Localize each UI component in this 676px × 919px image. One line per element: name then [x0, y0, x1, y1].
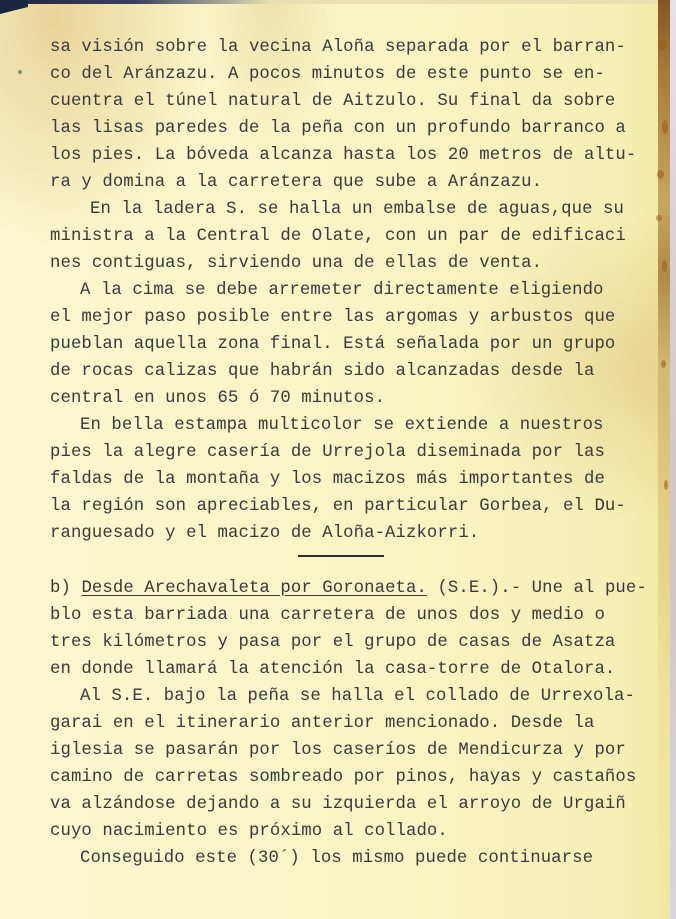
text-line: de rocas calizas que habrán sido alcanza…	[50, 358, 650, 385]
paragraph-7: Conseguido este (30´) los mismo puede co…	[50, 845, 650, 872]
text-line: cuyo nacimiento es próximo al collado.	[50, 818, 650, 845]
text-line: Al S.E. bajo la peña se halla el collado…	[50, 683, 650, 710]
section-label: b)	[50, 579, 71, 598]
typewritten-text: sa visión sobre la vecina Aloña separada…	[50, 34, 650, 872]
text-line: nes contiguas, sirviendo una de ellas de…	[50, 250, 650, 277]
text-line: ministra a la Central de Olate, con un p…	[50, 223, 650, 250]
text-line: faldas de la montaña y los macizos más i…	[50, 466, 650, 493]
text-line: camino de carretas sombreado por pinos, …	[50, 764, 650, 791]
text-line: la región son apreciables, en particular…	[50, 493, 650, 520]
section-heading-line: b) Desde Arechavaleta por Goronaeta. (S.…	[50, 575, 650, 602]
section-heading-rest: (S.E.).- Une al pue-	[427, 579, 647, 598]
text-line: las lisas paredes de la peña con un prof…	[50, 115, 650, 142]
paragraph-3: A la cima se debe arremeter directamente…	[50, 277, 650, 412]
text-line: los pies. La bóveda alcanza hasta los 20…	[50, 142, 650, 169]
text-line: tres kilómetros y pasa por el grupo de c…	[50, 629, 650, 656]
text-line: A la cima se debe arremeter directamente…	[50, 277, 650, 304]
section-heading: Desde Arechavaleta por Goronaeta.	[81, 579, 427, 598]
text-line: sa visión sobre la vecina Aloña separada…	[50, 34, 650, 61]
section-separator	[298, 555, 384, 557]
text-line: en donde llamará la atención la casa-tor…	[50, 656, 650, 683]
text-line: co del Aránzazu. A pocos minutos de este…	[50, 61, 650, 88]
stain-spot	[657, 170, 664, 179]
paragraph-1: sa visión sobre la vecina Aloña separada…	[50, 34, 650, 196]
page-corner-shadow	[0, 0, 28, 14]
paragraph-6: Al S.E. bajo la peña se halla el collado…	[50, 683, 650, 845]
text-line: cuentra el túnel natural de Aitzulo. Su …	[50, 88, 650, 115]
stain-spot	[664, 480, 668, 490]
paragraph-2: En la ladera S. se halla un embalse de a…	[50, 196, 650, 277]
text-line: En bella estampa multicolor se extiende …	[50, 412, 650, 439]
page-border-right	[670, 0, 676, 919]
text-line: el mejor paso posible entre las argomas …	[50, 304, 650, 331]
section-b: b) Desde Arechavaleta por Goronaeta. (S.…	[50, 575, 650, 683]
stain-spot	[661, 360, 666, 368]
text-line: pies la alegre casería de Urrejola disem…	[50, 439, 650, 466]
text-line: pueblan aquella zona final. Está señalad…	[50, 331, 650, 358]
text-line: iglesia se pasarán por los caseríos de M…	[50, 737, 650, 764]
text-line: blo esta barriada una carretera de unos …	[50, 602, 650, 629]
text-line: garai en el itinerario anterior menciona…	[50, 710, 650, 737]
document-page: sa visión sobre la vecina Aloña separada…	[0, 0, 676, 919]
ink-dot	[18, 70, 22, 74]
stain-spot	[662, 260, 667, 272]
page-top-edge	[0, 0, 676, 4]
stain-spot	[656, 215, 662, 221]
stain-spot	[658, 40, 666, 50]
text-line: ranguesado y el macizo de Aloña-Aizkorri…	[50, 520, 650, 547]
text-line: Conseguido este (30´) los mismo puede co…	[50, 845, 650, 872]
stain-spot	[662, 120, 668, 134]
text-line: va alzándose dejando a su izquierda el a…	[50, 791, 650, 818]
text-line: En la ladera S. se halla un embalse de a…	[50, 196, 650, 223]
text-line: ra y domina a la carretera que sube a Ar…	[50, 169, 650, 196]
text-line: central en unos 65 ó 70 minutos.	[50, 385, 650, 412]
paragraph-4: En bella estampa multicolor se extiende …	[50, 412, 650, 547]
